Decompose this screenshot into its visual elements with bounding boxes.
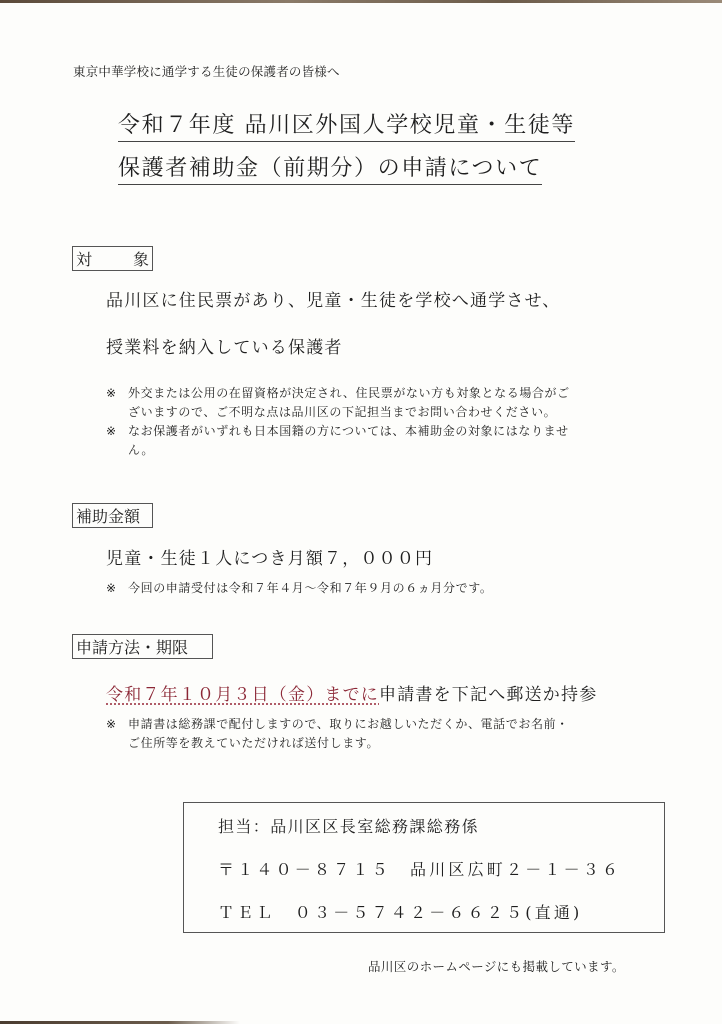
- note-mark: ※: [106, 422, 128, 441]
- target-body-line-2: 授業料を納入している保護者: [106, 336, 343, 360]
- note-text: なお保護者がいずれも日本国籍の方については、本補助金の対象にはなりませ: [128, 424, 569, 438]
- deadline-rest: 申請書を下記へ郵送か持参: [379, 685, 597, 705]
- note-mark: ※: [106, 579, 128, 598]
- deadline-highlight: 令和７年１０月３日（金）までに: [106, 685, 379, 705]
- section-heading-method: 申請方法・期限: [72, 634, 213, 659]
- title-line-2: 保護者補助金（前期分）の申請について: [118, 155, 542, 185]
- deadline-line: 令和７年１０月３日（金）までに申請書を下記へ郵送か持参: [106, 680, 597, 705]
- target-body-line-1: 品川区に住民票があり、児童・生徒を学校へ通学させ、: [106, 289, 561, 313]
- target-note-1-cont: ざいますので、ご不明な点は品川区の下記担当までお問い合わせください。: [128, 403, 556, 422]
- section-heading-target-left: 対: [76, 247, 92, 270]
- note-mark: ※: [106, 715, 128, 734]
- contact-person: 担当：品川区区長室総務課総務係: [218, 814, 479, 837]
- scan-edge-top: [0, 0, 722, 3]
- contact-box: 担当：品川区区長室総務課総務係 〒１４０－８７１５ 品川区広町２－１－３６ ＴＥ…: [183, 802, 665, 933]
- method-note: ※申請書は総務課で配付しますので、取りにお越しいただくか、電話でお名前・: [106, 715, 569, 734]
- target-note-2-cont: ん。: [128, 441, 154, 460]
- amount-note: ※今回の申請受付は令和７年４月～令和７年９月の６ヵ月分です。: [106, 579, 492, 598]
- section-heading-target: 対 象: [72, 246, 153, 271]
- section-heading-amount: 補助金額: [72, 503, 153, 528]
- title-line-1: 令和７年度 品川区外国人学校児童・生徒等: [118, 112, 575, 142]
- contact-phone: ＴＥＬ ０３－５７４２－６６２５(直通): [218, 900, 583, 923]
- footer-note: 品川区のホームページにも掲載しています。: [368, 957, 625, 975]
- note-mark: ※: [106, 384, 128, 403]
- amount-body: 児童・生徒１人につき月額７，０００円: [106, 547, 433, 571]
- target-note-2: ※なお保護者がいずれも日本国籍の方については、本補助金の対象にはなりませ: [106, 422, 569, 441]
- addressee: 東京中華学校に通学する生徒の保護者の皆様へ: [73, 62, 340, 80]
- contact-address: 〒１４０－８７１５ 品川区広町２－１－３６: [218, 857, 621, 880]
- target-note-1: ※外交または公用の在留資格が決定され、住民票がない方も対象となる場合がご: [106, 384, 570, 403]
- method-note-cont: ご住所等を教えていただければ送付します。: [128, 734, 379, 753]
- note-text: 今回の申請受付は令和７年４月～令和７年９月の６ヵ月分です。: [128, 581, 492, 595]
- note-text: 外交または公用の在留資格が決定され、住民票がない方も対象となる場合がご: [128, 386, 570, 400]
- section-heading-target-right: 象: [133, 247, 149, 270]
- note-text: 申請書は総務課で配付しますので、取りにお越しいただくか、電話でお名前・: [128, 717, 569, 731]
